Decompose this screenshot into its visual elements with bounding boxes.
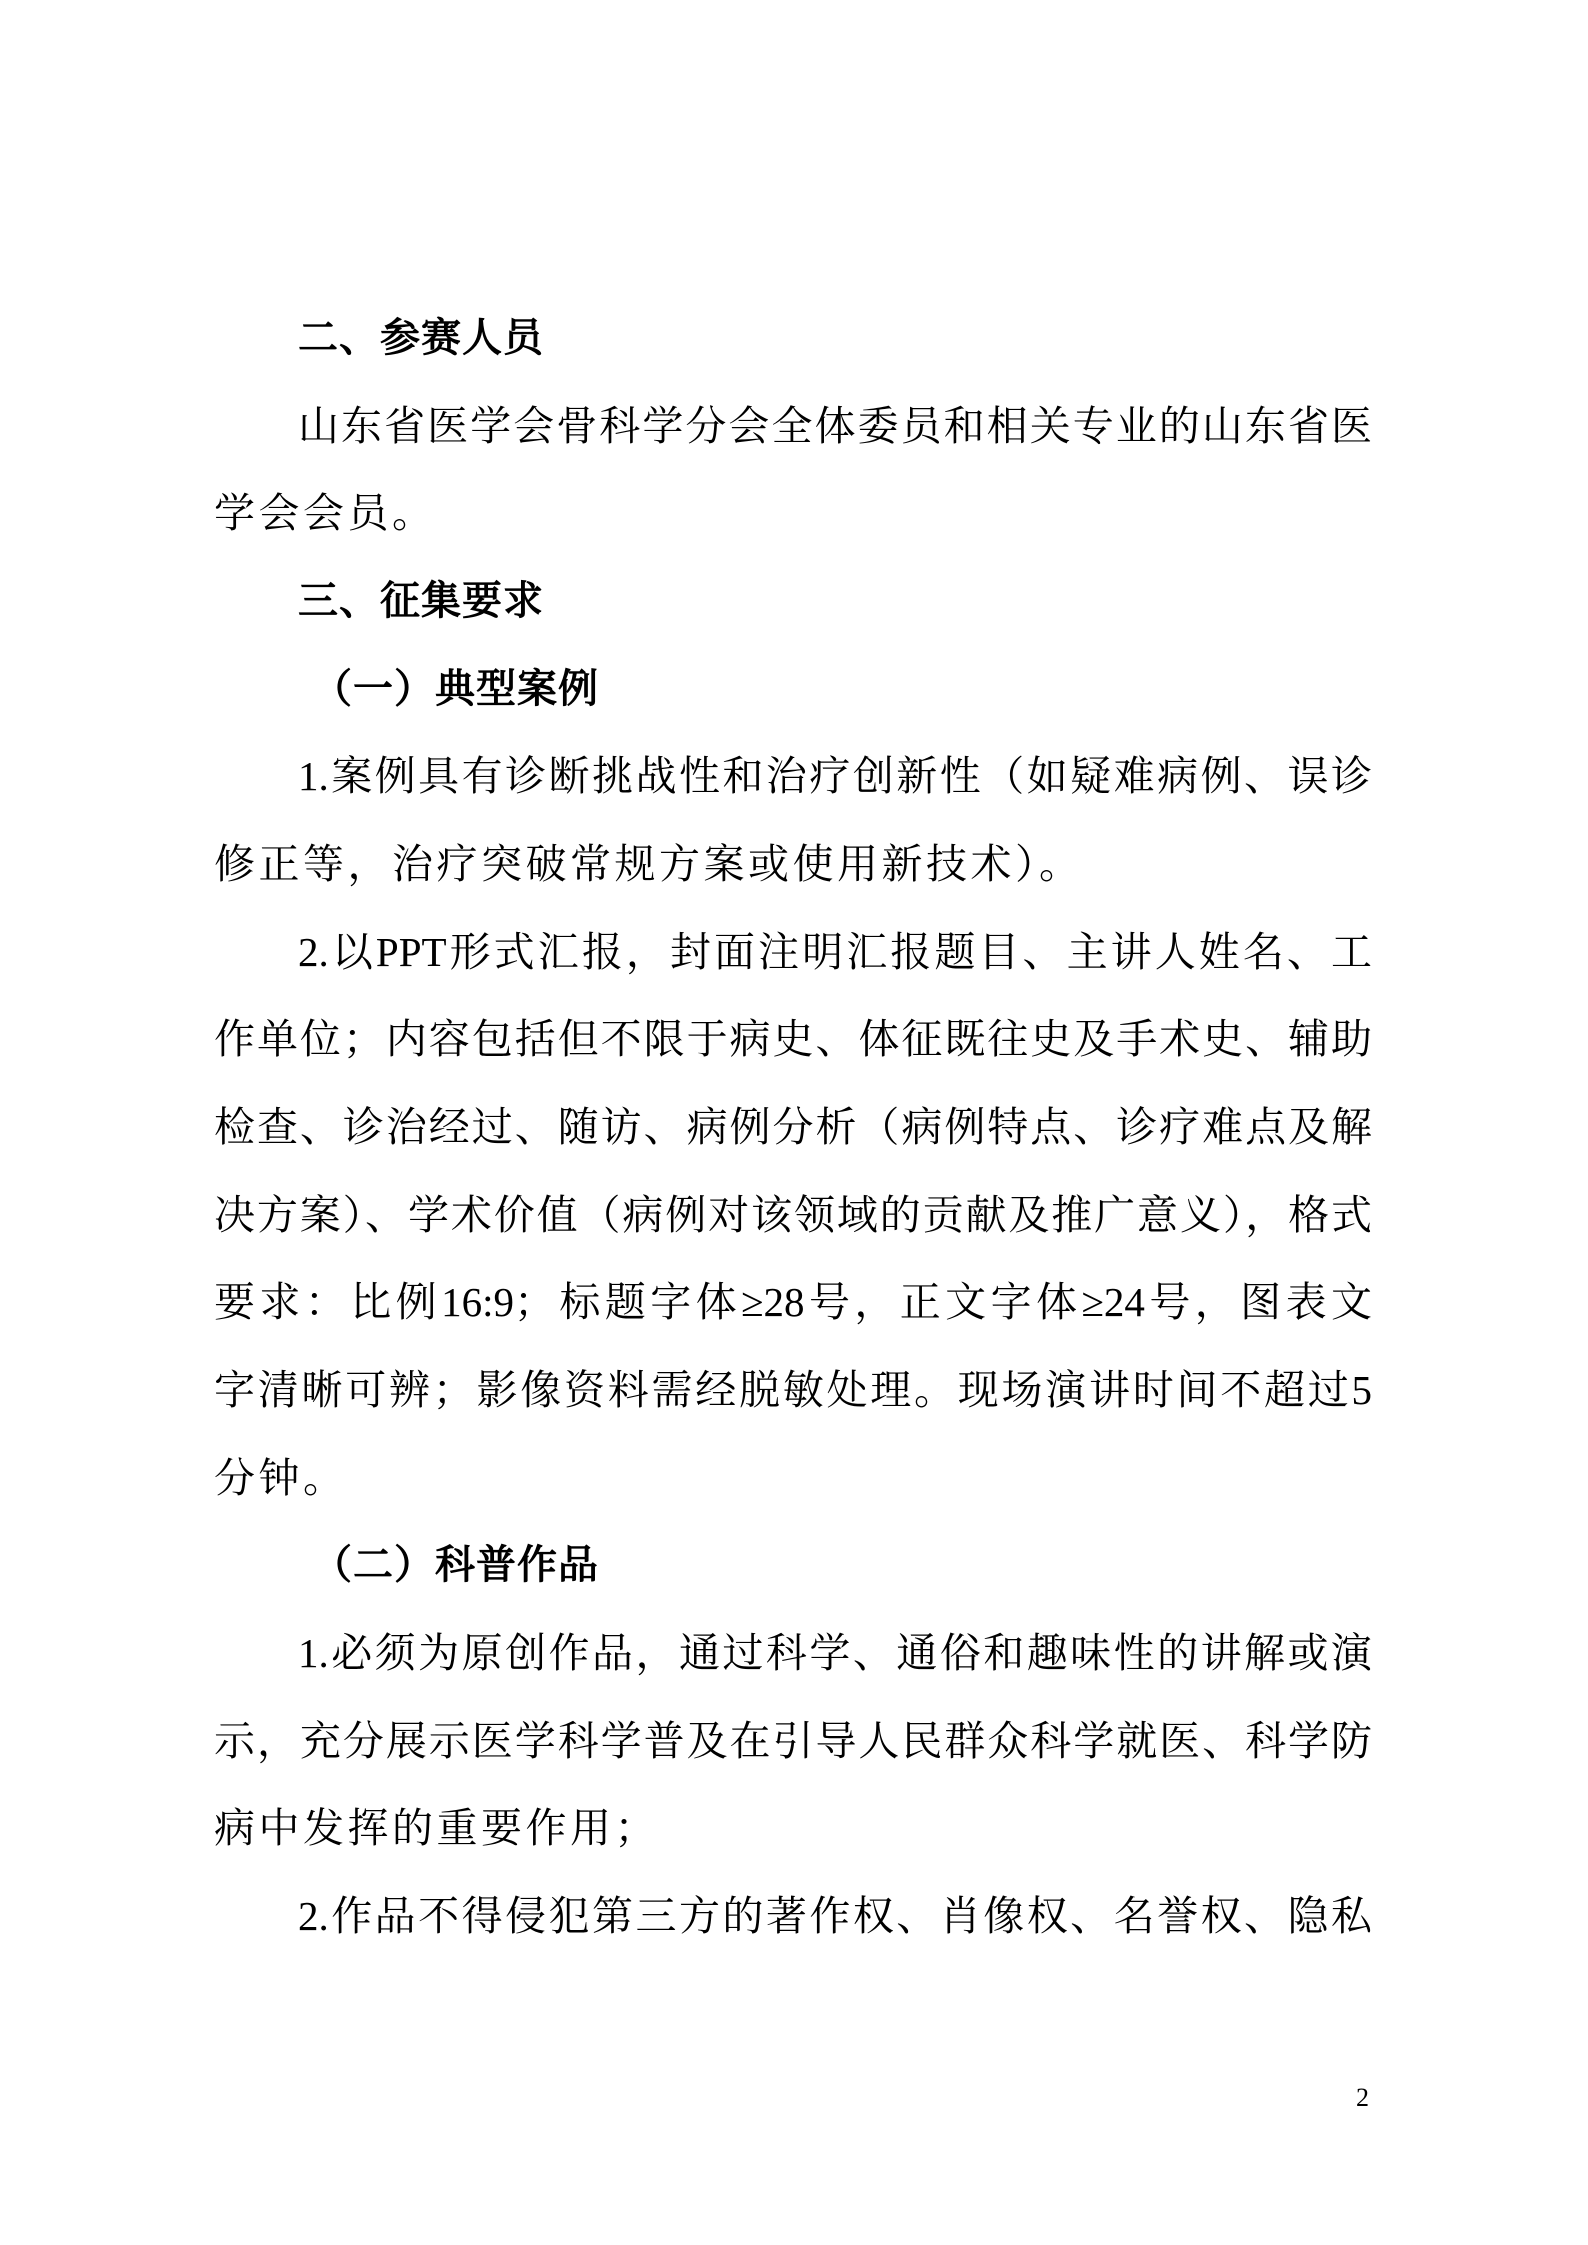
document-page: 二、参赛人员 山东省医学会骨科学分会全体委员和相关专业的山东省医 学会会员。 三… — [0, 0, 1588, 2245]
paragraph-line: 分钟。 — [214, 1448, 1372, 1508]
page-number: 2 — [1356, 2082, 1369, 2114]
subsection-heading-typical-cases: （一）典型案例 — [312, 659, 1012, 719]
paragraph-line: 1.必须为原创作品，通过科学、通俗和趣味性的讲解或演 — [298, 1623, 1372, 1683]
subsection-heading-popular-science: （二）科普作品 — [312, 1535, 1012, 1595]
paragraph-line: 修正等，治疗突破常规方案或使用新技术）。 — [214, 834, 1372, 894]
paragraph-line: 检查、诊治经过、随访、病例分析（病例特点、诊疗难点及解 — [214, 1097, 1372, 1157]
paragraph-line: 学会会员。 — [214, 483, 1372, 543]
paragraph-line: 病中发挥的重要作用； — [214, 1798, 1372, 1858]
paragraph-line: 2.作品不得侵犯第三方的著作权、肖像权、名誉权、隐私 — [298, 1886, 1372, 1946]
paragraph-line: 山东省医学会骨科学分会全体委员和相关专业的山东省医 — [298, 396, 1372, 456]
paragraph-line: 要求：比例16:9；标题字体≥28号，正文字体≥24号，图表文 — [214, 1272, 1372, 1332]
paragraph-line: 作单位；内容包括但不限于病史、体征既往史及手术史、辅助 — [214, 1009, 1372, 1069]
paragraph-line: 1.案例具有诊断挑战性和治疗创新性（如疑难病例、误诊 — [298, 746, 1372, 806]
paragraph-line: 字清晰可辨；影像资料需经脱敏处理。现场演讲时间不超过5 — [214, 1360, 1372, 1420]
paragraph-line: 决方案）、学术价值（病例对该领域的贡献及推广意义），格式 — [214, 1185, 1372, 1245]
paragraph-line: 示，充分展示医学科学普及在引导人民群众科学就医、科学防 — [214, 1711, 1372, 1771]
section-heading-requirements: 三、征集要求 — [298, 571, 1372, 631]
paragraph-line: 2.以PPT形式汇报，封面注明汇报题目、主讲人姓名、工 — [298, 922, 1372, 982]
section-heading-participants: 二、参赛人员 — [298, 308, 1372, 368]
